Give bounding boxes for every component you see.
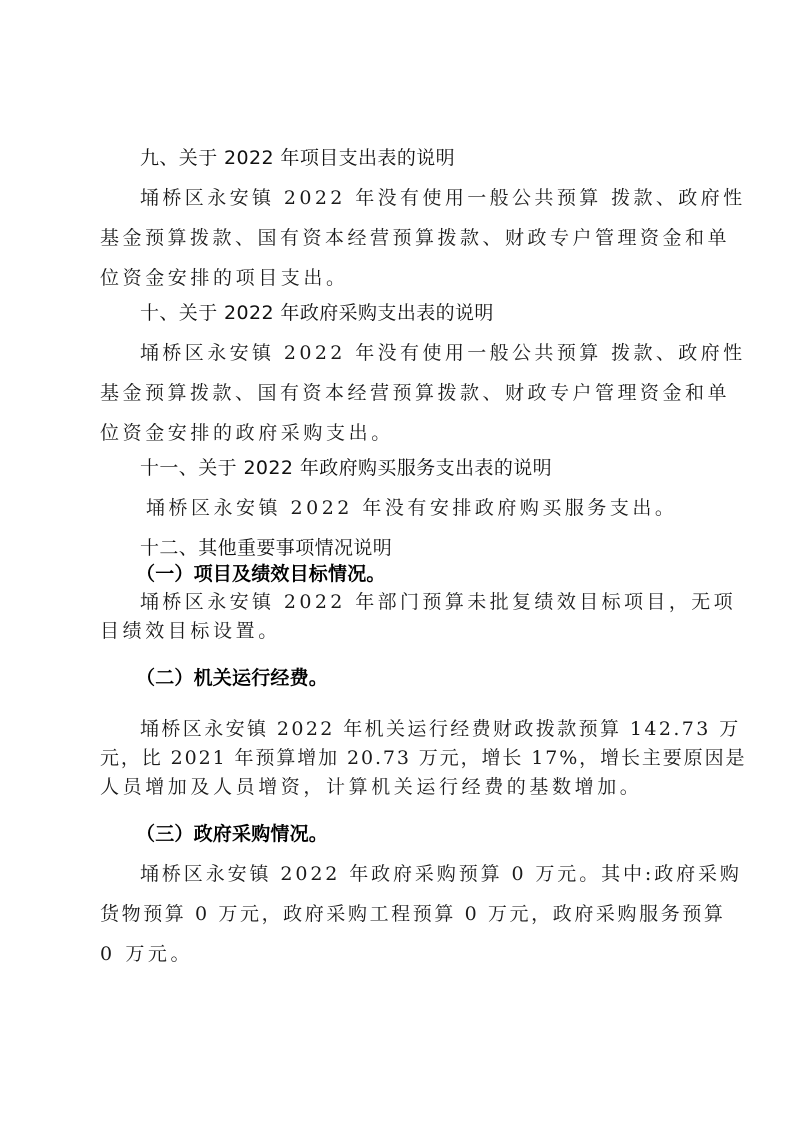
section-heading-12: 十二、其他重要事项情况说明	[140, 536, 392, 560]
subsection-heading-2: （二）机关运行经费。	[136, 666, 328, 690]
paragraph-line: 0 万元。	[100, 942, 193, 966]
paragraph-line: 埇桥区永安镇 2022 年没有使用一般公共预算 拨款、政府性	[140, 341, 745, 365]
paragraph-line: 埇桥区永安镇 2022 年没有安排政府购买服务支出。	[146, 496, 677, 520]
paragraph-line: 目绩效目标设置。	[100, 619, 281, 643]
paragraph-line: 人员增加及人员增资，计算机关运行经费的基数增加。	[100, 775, 642, 799]
paragraph-line: 埇桥区永安镇 2022 年部门预算未批复绩效目标项目，无项	[140, 590, 736, 614]
paragraph-line: 位资金安排的项目支出。	[100, 266, 349, 290]
section-heading-11: 十一、关于 2022 年政府购买服务支出表的说明	[140, 456, 552, 480]
document-page: 九、关于 2022 年项目支出表的说明 埇桥区永安镇 2022 年没有使用一般公…	[0, 0, 793, 1122]
subsection-heading-1: （一）项目及绩效目标情况。	[136, 562, 386, 586]
paragraph-line: 位资金安排的政府采购支出。	[100, 421, 394, 445]
paragraph-line: 埇桥区永安镇 2022 年政府采购预算 0 万元。其中:政府采购	[140, 862, 742, 886]
paragraph-line: 埇桥区永安镇 2022 年没有使用一般公共预算 拨款、政府性	[140, 186, 745, 210]
paragraph-line: 基金预算拨款、国有资本经营预算拨款、财政专户管理资金和单	[100, 381, 730, 405]
subsection-heading-3: （三）政府采购情况。	[136, 822, 328, 846]
paragraph-line: 货物预算 0 万元，政府采购工程预算 0 万元，政府采购服务预算	[100, 902, 726, 926]
paragraph-line: 元，比 2021 年预算增加 20.73 万元，增长 17%，增长主要原因是	[100, 746, 746, 770]
section-heading-9: 九、关于 2022 年项目支出表的说明	[140, 146, 455, 170]
paragraph-line: 埇桥区永安镇 2022 年机关运行经费财政拨款预算 142.73 万	[140, 717, 741, 741]
section-heading-10: 十、关于 2022 年政府采购支出表的说明	[140, 301, 494, 325]
paragraph-line: 基金预算拨款、国有资本经营预算拨款、财政专户管理资金和单	[100, 226, 730, 250]
